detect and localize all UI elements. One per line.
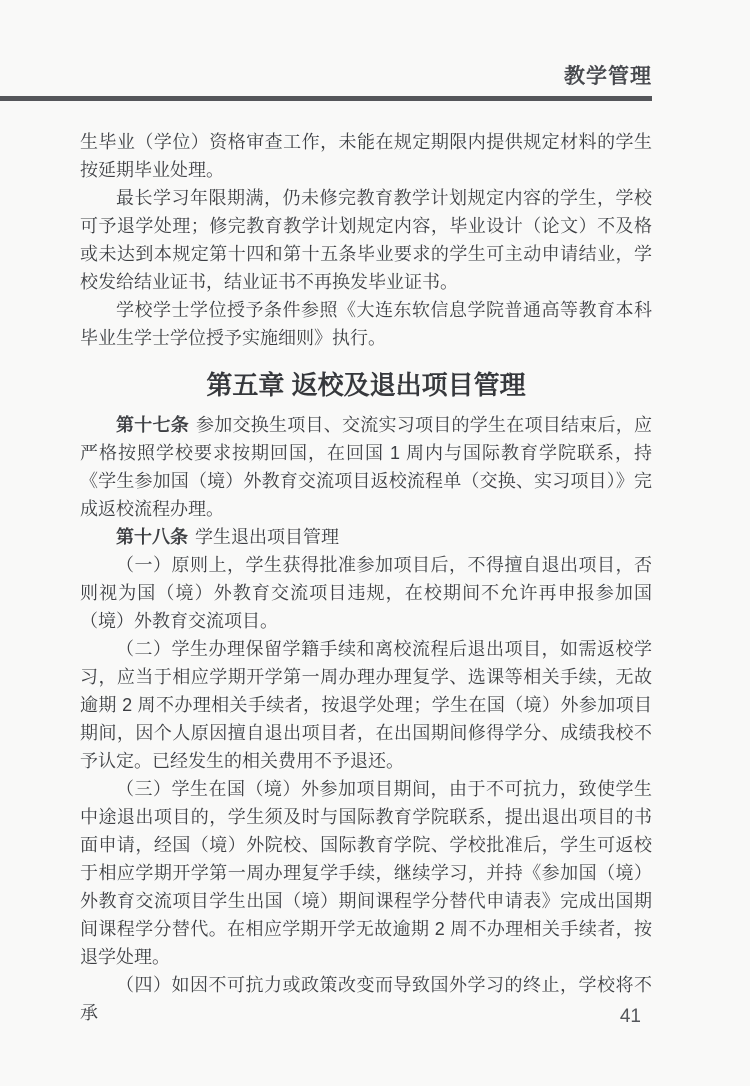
- paragraph: 学校学士学位授予条件参照《大连东软信息学院普通高等教育本科毕业生学士学位授予实施…: [80, 296, 652, 352]
- list-item: （三）学生在国（境）外参加项目期间，由于不可抗力，致使学生中途退出项目的，学生须…: [80, 775, 652, 971]
- running-header-title: 教学管理: [0, 0, 652, 90]
- article-number-label: 第十八条: [116, 527, 188, 547]
- page-header: 教学管理: [0, 0, 750, 101]
- paragraph-continuation: 生毕业（学位）资格审查工作，未能在规定期限内提供规定材料的学生按延期毕业处理。: [80, 128, 652, 184]
- document-body: 生毕业（学位）资格审查工作，未能在规定期限内提供规定材料的学生按延期毕业处理。 …: [80, 128, 652, 1027]
- article-paragraph: 第十八条学生退出项目管理: [80, 523, 652, 551]
- page-number: 41: [620, 1006, 641, 1028]
- list-item: （四）如因不可抗力或政策改变而导致国外学习的终止，学校将不承: [80, 971, 652, 1027]
- list-item: （二）学生办理保留学籍手续和离校流程后退出项目，如需返校学习，应当于相应学期开学…: [80, 635, 652, 775]
- article-paragraph: 第十七条参加交换生项目、交流实习项目的学生在项目结束后，应严格按照学校要求按期回…: [80, 411, 652, 523]
- article-number-label: 第十七条: [116, 415, 189, 435]
- document-page: 教学管理 生毕业（学位）资格审查工作，未能在规定期限内提供规定材料的学生按延期毕…: [0, 0, 750, 1086]
- chapter-heading: 第五章 返校及退出项目管理: [80, 367, 652, 403]
- list-item: （一）原则上，学生获得批准参加项目后，不得擅自退出项目，否则视为国（境）外教育交…: [80, 551, 652, 635]
- header-divider: [0, 96, 652, 101]
- paragraph: 最长学习年限期满，仍未修完教育教学计划规定内容的学生，学校可予退学处理；修完教育…: [80, 184, 652, 296]
- article-text: 学生退出项目管理: [195, 527, 339, 547]
